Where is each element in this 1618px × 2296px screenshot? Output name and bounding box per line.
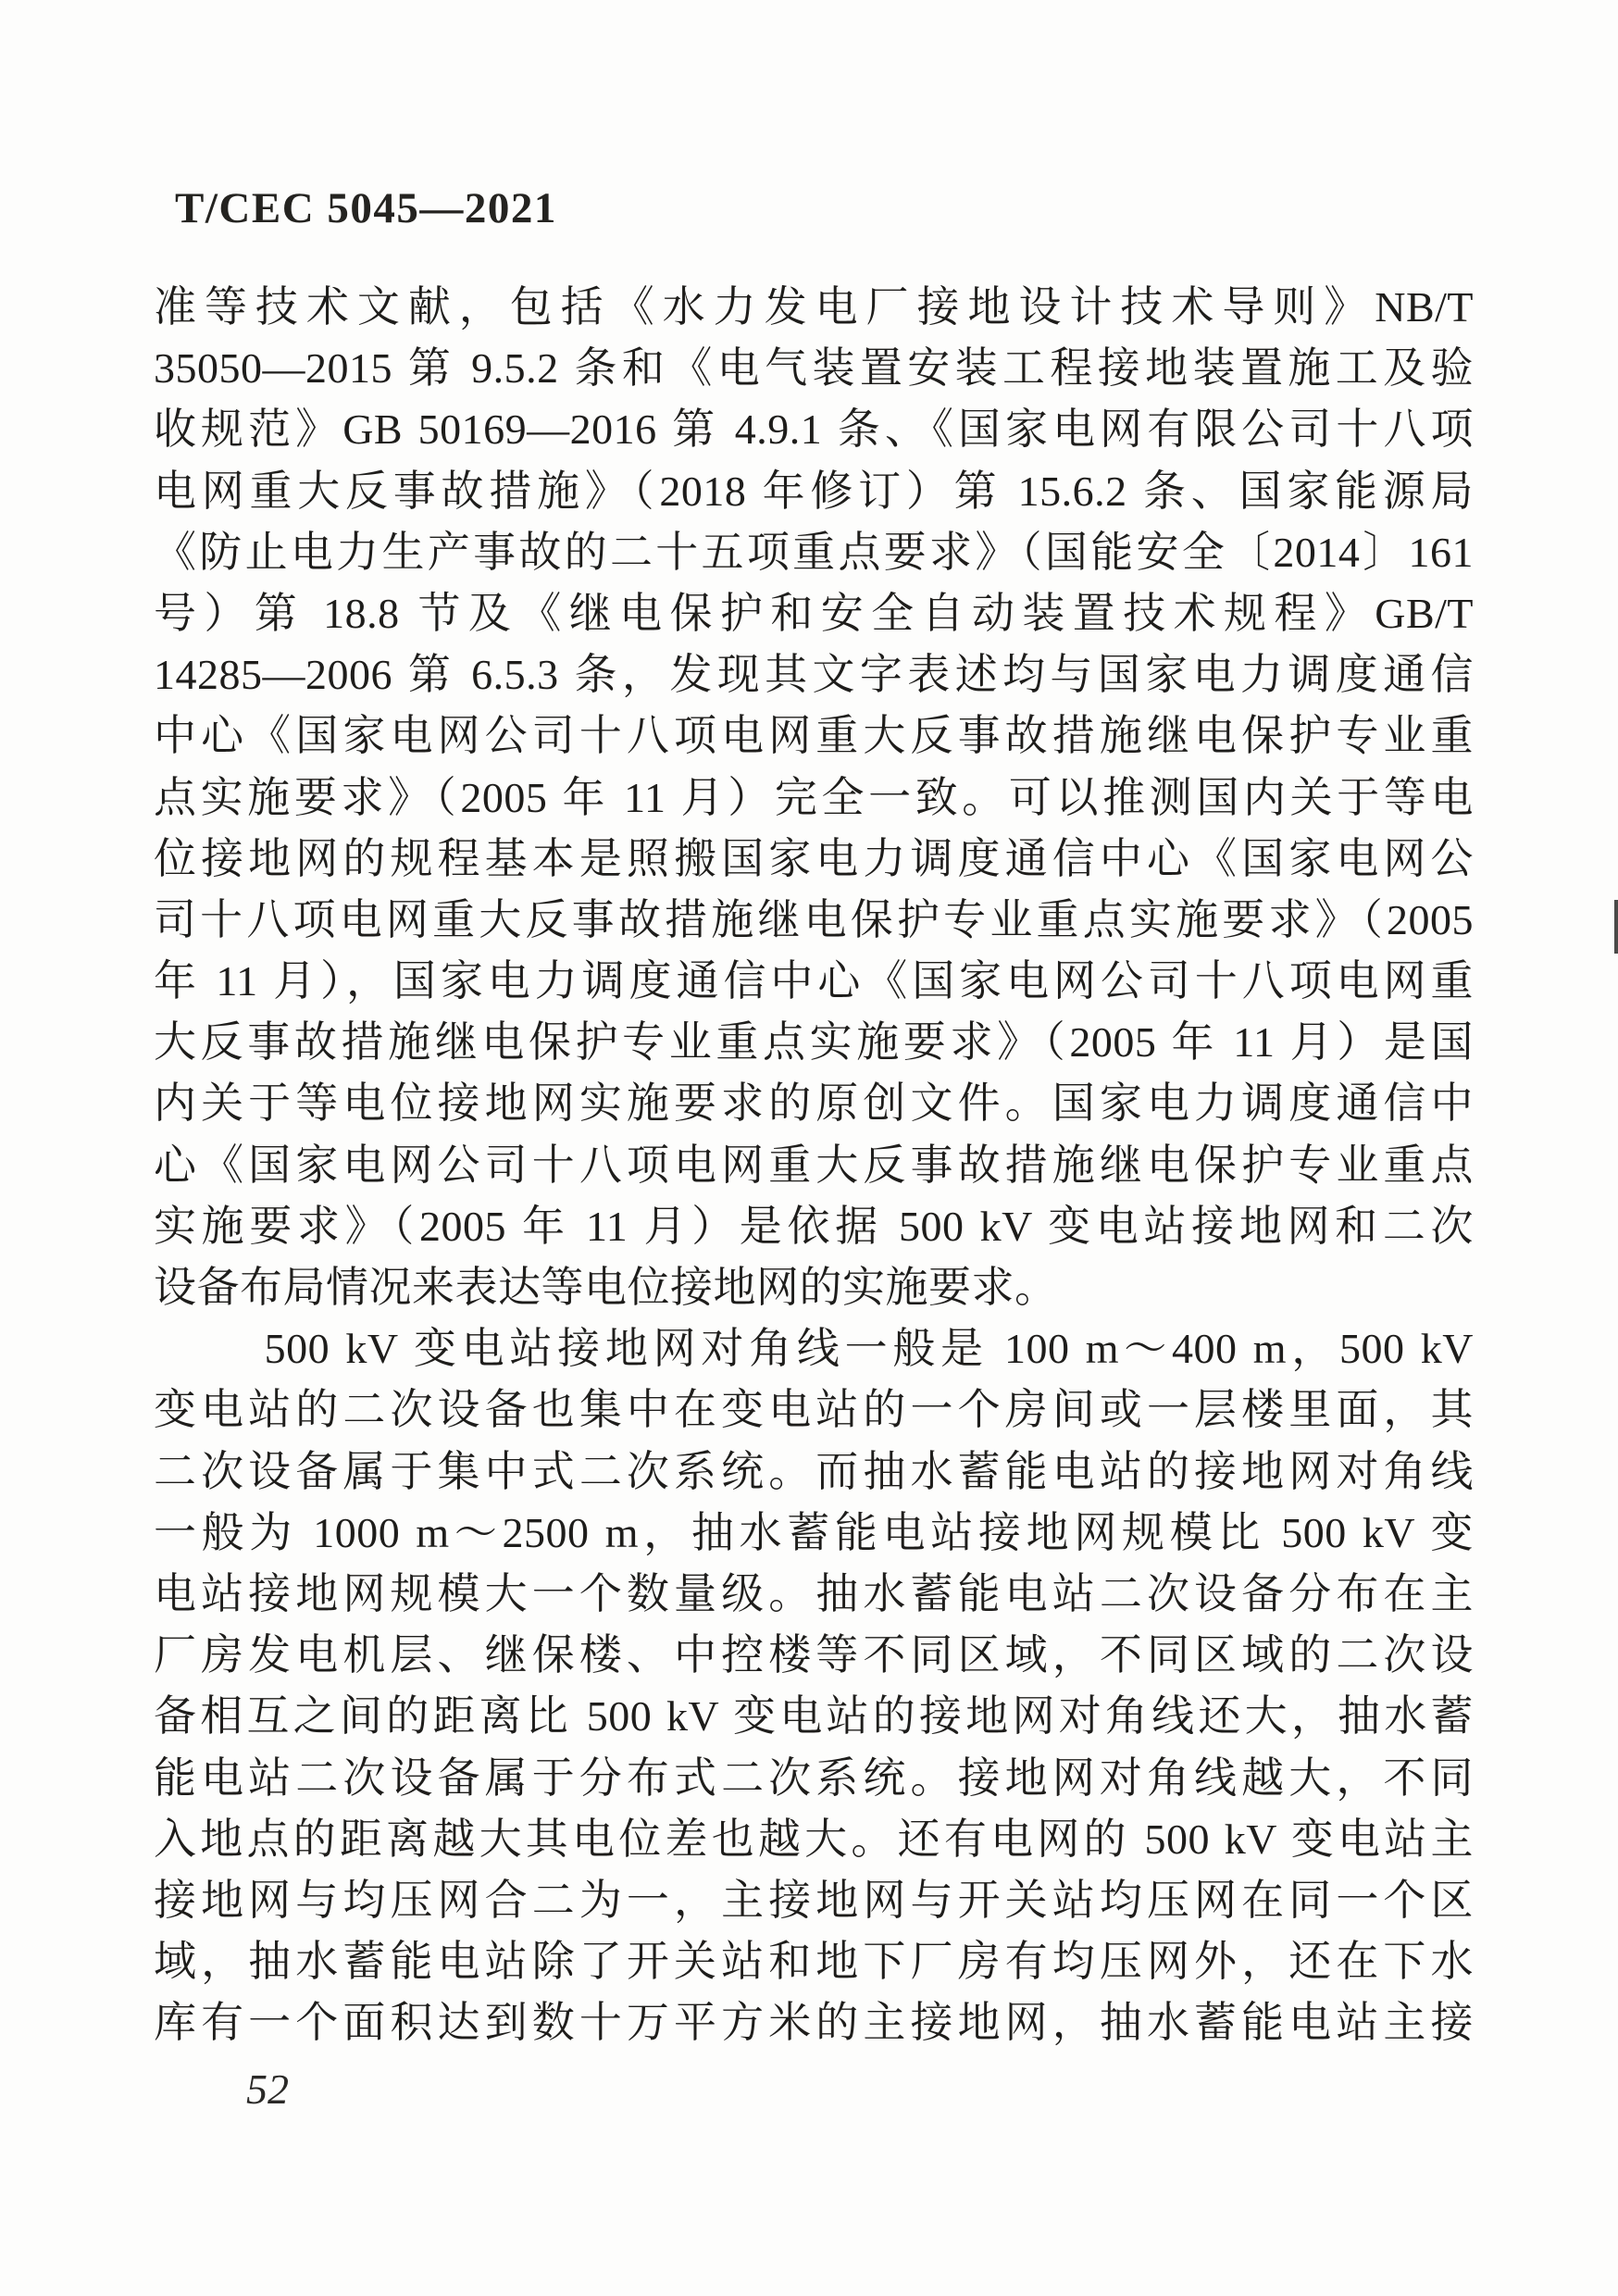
body-text-block: 准等技术文献，包括《水力发电厂接地设计技术导则》NB/T 35050—2015 … xyxy=(154,277,1474,2053)
text-line: 入地点的距离越大其电位差也越大。还有电网的 500 kV 变电站主 xyxy=(154,1809,1474,1870)
paragraph-1: 准等技术文献，包括《水力发电厂接地设计技术导则》NB/T 35050—2015 … xyxy=(154,277,1474,1318)
text-line: 电站接地网规模大一个数量级。抽水蓄能电站二次设备分布在主 xyxy=(154,1564,1474,1625)
text-line: 内关于等电位接地网实施要求的原创文件。国家电力调度通信中 xyxy=(154,1073,1474,1134)
text-line: 变电站的二次设备也集中在变电站的一个房间或一层楼里面，其 xyxy=(154,1379,1474,1441)
text-line: 位接地网的规程基本是照搬国家电力调度通信中心《国家电网公 xyxy=(154,829,1474,890)
text-line: 点实施要求》（2005 年 11 月）完全一致。可以推测国内关于等电 xyxy=(154,767,1474,829)
text-line: 中心《国家电网公司十八项电网重大反事故措施继电保护专业重 xyxy=(154,705,1474,767)
paragraph-2: 500 kV 变电站接地网对角线一般是 100 m～400 m，500 kV 变… xyxy=(154,1318,1474,2053)
text-line: 35050—2015 第 9.5.2 条和《电气装置安装工程接地装置施工及验 xyxy=(154,338,1474,399)
text-line: 设备布局情况来表达等电位接地网的实施要求。 xyxy=(154,1257,1474,1318)
text-line: 接地网与均压网合二为一，主接地网与开关站均压网在同一个区 xyxy=(154,1870,1474,1931)
text-line: 14285—2006 第 6.5.3 条，发现其文字表述均与国家电力调度通信 xyxy=(154,644,1474,705)
text-line: 准等技术文献，包括《水力发电厂接地设计技术导则》NB/T xyxy=(154,277,1474,338)
text-line: 大反事故措施继电保护专业重点实施要求》（2005 年 11 月）是国 xyxy=(154,1012,1474,1073)
text-line: 心《国家电网公司十八项电网重大反事故措施继电保护专业重点 xyxy=(154,1135,1474,1196)
text-line: 厂房发电机层、继保楼、中控楼等不同区域，不同区域的二次设 xyxy=(154,1625,1474,1686)
text-line: 500 kV 变电站接地网对角线一般是 100 m～400 m，500 kV xyxy=(154,1318,1474,1379)
scan-edge-artifact xyxy=(1614,900,1618,954)
text-line: 域，抽水蓄能电站除了开关站和地下厂房有均压网外，还在下水 xyxy=(154,1931,1474,1992)
text-line: 二次设备属于集中式二次系统。而抽水蓄能电站的接地网对角线 xyxy=(154,1441,1474,1503)
text-line: 备相互之间的距离比 500 kV 变电站的接地网对角线还大，抽水蓄 xyxy=(154,1686,1474,1747)
text-line: 实施要求》（2005 年 11 月）是依据 500 kV 变电站接地网和二次 xyxy=(154,1196,1474,1257)
text-line: 收规范》GB 50169—2016 第 4.9.1 条、《国家电网有限公司十八项 xyxy=(154,399,1474,460)
text-line: 库有一个面积达到数十万平方米的主接地网，抽水蓄能电站主接 xyxy=(154,1992,1474,2053)
text-line: 号）第 18.8 节及《继电保护和安全自动装置技术规程》GB/T xyxy=(154,583,1474,644)
document-code-header: T/CEC 5045—2021 xyxy=(175,183,557,233)
text-line: 能电站二次设备属于分布式二次系统。接地网对角线越大，不同 xyxy=(154,1748,1474,1809)
page-number: 52 xyxy=(246,2065,289,2114)
text-line: 一般为 1000 m～2500 m，抽水蓄能电站接地网规模比 500 kV 变 xyxy=(154,1503,1474,1564)
document-page: T/CEC 5045—2021 准等技术文献，包括《水力发电厂接地设计技术导则》… xyxy=(0,0,1618,2296)
text-line: 电网重大反事故措施》（2018 年修订）第 15.6.2 条、国家能源局 xyxy=(154,461,1474,522)
text-line: 年 11 月），国家电力调度通信中心《国家电网公司十八项电网重 xyxy=(154,951,1474,1012)
text-line: 《防止电力生产事故的二十五项重点要求》（国能安全〔2014〕161 xyxy=(154,522,1474,583)
text-line: 司十八项电网重大反事故措施继电保护专业重点实施要求》（2005 xyxy=(154,890,1474,951)
